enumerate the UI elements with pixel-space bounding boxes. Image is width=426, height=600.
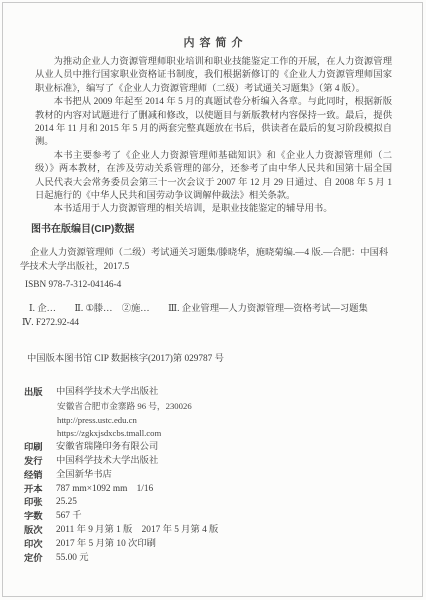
publication-value: 中国科学技术大学出版社	[56, 455, 406, 469]
publication-value: 全国新华书店	[56, 469, 406, 483]
publication-value: 567 千	[56, 510, 406, 524]
publication-row-wordcount: 字数 567 千	[24, 510, 406, 524]
cip-classification-line1: Ⅰ. 企… Ⅱ. ①滕… ②施… Ⅲ. 企业管理—人力资源管理—资格考试—习题集	[19, 303, 399, 317]
publication-row-printer: 印刷 安徽省瑞隆印务有限公司	[24, 441, 406, 455]
publication-label: 印刷	[24, 441, 56, 455]
cip-heading: 图书在版编目(CIP)数据	[31, 220, 134, 235]
publication-label: 印张	[24, 496, 56, 510]
intro-paragraph: 本书适用于人力资源管理的相关培训，是职业技能鉴定的辅导用书。	[35, 203, 392, 216]
publication-row-impression: 印次 2017 年 5 月第 10 次印刷	[24, 538, 406, 552]
cip-classification-block: Ⅰ. 企… Ⅱ. ①滕… ②施… Ⅲ. 企业管理—人力资源管理—资格考试—习题集…	[19, 303, 399, 330]
publication-value: 2011 年 9 月第 1 版 2017 年 5 月第 4 版	[56, 524, 406, 538]
publication-row-seller: 经销 全国新华书店	[24, 469, 406, 483]
content-summary-title: 内容简介	[0, 34, 426, 50]
cip-classification-line2: Ⅳ. F272.92-44	[19, 317, 399, 331]
publication-row-distributor: 发行 中国科学技术大学出版社	[24, 455, 406, 469]
publication-row-format: 开本 787 mm×1092 mm 1/16	[24, 483, 406, 497]
intro-paragraph: 本书把从 2009 年起至 2014 年 5 月的真题试卷分析编入各章。与此同时…	[35, 96, 392, 150]
intro-paragraph: 本书主要参考了《企业人力资源管理师基础知识》和《企业人力资源管理师（二级）》两本…	[35, 150, 392, 204]
publication-row-publisher: 出版 中国科学技术大学出版社	[24, 386, 406, 400]
book-copyright-page: 内容简介 为推动企业人力资源管理师职业培训和职业技能鉴定工作的开展，在人力资源管…	[0, 0, 426, 600]
publisher-website-url: http://press.ustc.edu.cn	[24, 414, 406, 428]
publication-value: 中国科学技术大学出版社	[56, 386, 406, 400]
publication-value: 2017 年 5 月第 10 次印刷	[56, 538, 406, 552]
publisher-store-url: https://zgkxjsdxcbs.tmall.com	[24, 427, 406, 441]
publication-label: 字数	[24, 510, 56, 524]
publisher-address: 安徽省合肥市金寨路 96 号，230026	[24, 400, 406, 414]
publication-label: 出版	[24, 386, 56, 400]
publication-value: 25.25	[56, 496, 406, 510]
publication-label: 定价	[24, 552, 56, 566]
intro-paragraph: 为推动企业人力资源管理师职业培训和职业技能鉴定工作的开展，在人力资源管理从业人员…	[35, 56, 392, 96]
cip-record-number: 中国版本图书馆 CIP 数据核字(2017)第 029787 号	[27, 350, 224, 364]
publication-row-price: 定价 55.00 元	[24, 552, 406, 566]
isbn-number: ISBN 978-7-312-04146-4	[20, 279, 398, 293]
publication-value: 55.00 元	[56, 552, 406, 566]
publication-label: 印次	[24, 538, 56, 552]
publication-label: 经销	[24, 469, 56, 483]
publication-info-block: 出版 中国科学技术大学出版社 安徽省合肥市金寨路 96 号，230026 htt…	[24, 386, 406, 565]
publication-value: 787 mm×1092 mm 1/16	[56, 483, 406, 497]
cip-entry-line2: 学技术大学出版社，2017.5	[20, 261, 398, 275]
publication-row-edition: 版次 2011 年 9 月第 1 版 2017 年 5 月第 4 版	[24, 524, 406, 538]
publication-label: 开本	[24, 483, 56, 497]
publication-label: 发行	[24, 455, 56, 469]
publication-label: 版次	[24, 524, 56, 538]
cip-entry-line1: 企业人力资源管理师（二级）考试通关习题集/滕晓华，施晓菊编.—4 版.—合肥：中…	[20, 247, 398, 261]
content-summary-block: 为推动企业人力资源管理师职业培训和职业技能鉴定工作的开展，在人力资源管理从业人员…	[35, 56, 392, 217]
publication-value: 安徽省瑞隆印务有限公司	[56, 441, 406, 455]
publication-row-sheets: 印张 25.25	[24, 496, 406, 510]
cip-entry-block: 企业人力资源管理师（二级）考试通关习题集/滕晓华，施晓菊编.—4 版.—合肥：中…	[20, 247, 398, 292]
